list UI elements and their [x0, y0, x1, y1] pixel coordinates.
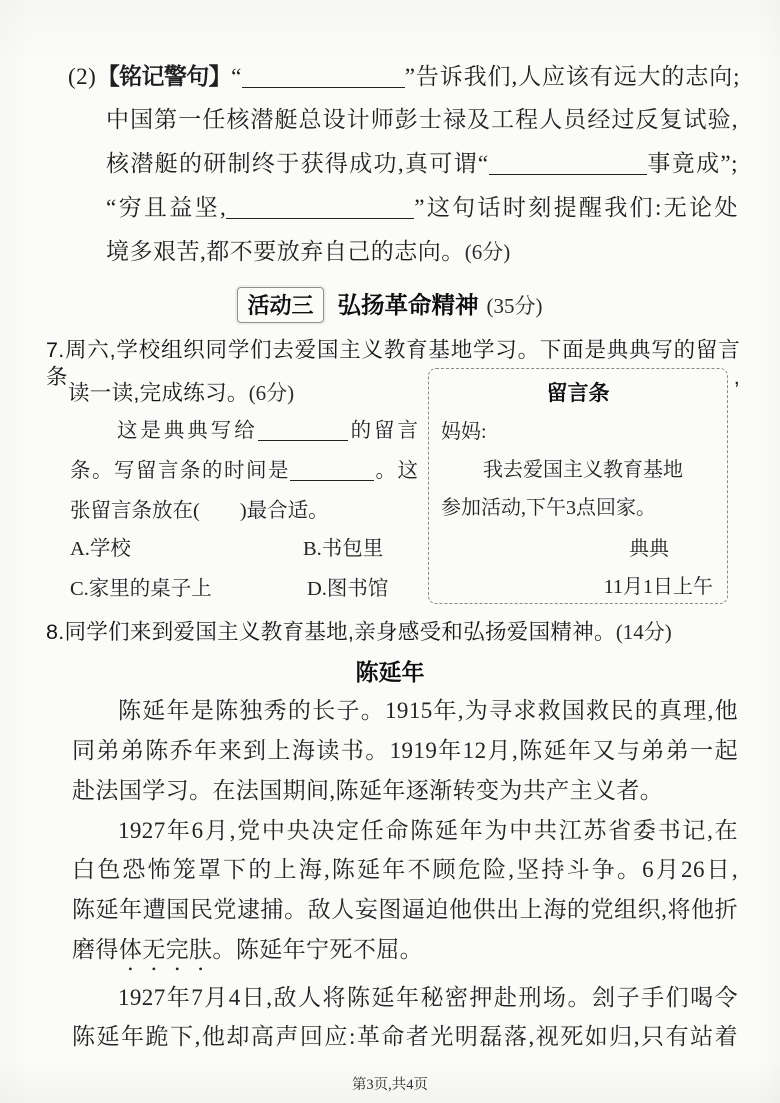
note-title: 留言条: [429, 377, 727, 407]
passage-p1-line3: 赴法国学习。在法国期间,陈延年逐渐转变为共产主义者。: [72, 777, 663, 805]
q2-line1: (2)【铭记警句】“”告诉我们,人应该有远大的志向;: [68, 62, 740, 91]
section3-header: 活动三 弘扬革命精神 (35分): [0, 286, 780, 323]
passage-p3-line1: 1927年7月4日,敌人将陈延年秘密押赴刑场。刽子手们喝令: [72, 984, 738, 1012]
q2-open-quote: “: [231, 64, 242, 89]
section3-title: 弘扬革命精神: [338, 292, 479, 318]
passage-p2-line4: 磨得体无完肤。陈延年宁死不屈。: [72, 936, 423, 976]
page-footer: 第3页,共4页: [0, 1073, 780, 1094]
note-body-line2: 参加活动,下午3点回家。: [441, 491, 656, 520]
note-date: 11月1日上午: [604, 570, 713, 599]
passage-p2-line3: 陈延年遭国民党逮捕。敌人妄图逼迫他供出上海的党组织,将他折: [72, 896, 738, 924]
q2-blank-1: [242, 84, 405, 88]
note-box: 留言条 妈妈: 我去爱国主义教育基地 参加活动,下午3点回家。 典典 11月1日…: [428, 368, 728, 604]
exam-page: (2)【铭记警句】“”告诉我们,人应该有远大的志向; 中国第一任核潜艇总设计师彭…: [0, 0, 780, 1103]
note-salutation: 妈妈:: [441, 415, 487, 444]
q2-line3: 核潜艇的研制终于获得成功,真可谓“事竟成”;: [106, 150, 738, 178]
q2-line4-pre: “穷且益坚,: [106, 195, 226, 220]
passage-p2-line4-pre: 磨得: [72, 937, 119, 962]
section3-badge: 活动三: [237, 287, 323, 323]
q7-stem-line2: 读一读,完成练习。(6分): [68, 380, 294, 407]
q7-option-d: D.图书馆: [307, 576, 388, 602]
q2-line4-post: ”这句话时刻提醒我们:无论处: [414, 195, 738, 220]
passage-emphasized-text: 体无完肤: [119, 937, 213, 962]
q2-line3-post: 事竟成”;: [647, 151, 738, 176]
q7-fill-line2-post: 。这: [374, 460, 418, 482]
q7-option-c: C.家里的桌子上: [70, 576, 212, 602]
section3-points: (35分): [487, 294, 543, 318]
q7-fill-line3: 张留言条放在()最合适。: [70, 498, 329, 524]
q7-fill-line2-pre: 条。写留言条的时间是: [70, 460, 290, 482]
q2-line4: “穷且益坚,”这句话时刻提醒我们:无论处: [106, 194, 738, 222]
q2-points: (6分): [465, 240, 511, 264]
q7-stem-line2-text: 读一读,完成练习。: [68, 381, 249, 405]
q7-fill-line3-post: )最合适。: [240, 500, 329, 522]
q2-tag: 【铭记警句】: [96, 63, 231, 89]
passage-p3-line2: 陈延年跪下,他却高声回应:革命者光明磊落,视死如归,只有站着: [72, 1023, 738, 1051]
passage-p2-line2: 白色恐怖笼罩下的上海,陈延年不顾危险,坚持斗争。6月26日,: [72, 856, 738, 884]
q2-blank-3: [226, 215, 414, 219]
note-body-line1: 我去爱国主义教育基地: [483, 453, 683, 482]
q7-option-a: A.学校: [70, 536, 131, 562]
q2-line5-text: 境多艰苦,都不要放弃自己的志向。: [106, 239, 465, 264]
q2-number: (2): [68, 64, 96, 89]
q7-fill-line2: 条。写留言条的时间是。这: [70, 458, 418, 484]
q7-fill-line3-pre: 张留言条放在(: [70, 500, 200, 522]
passage-p2-line4-post: 。陈延年宁死不屈。: [212, 937, 423, 962]
q8-stem: 8.同学们来到爱国主义教育基地,亲身感受和弘扬爱国精神。(14分): [46, 619, 672, 646]
q2-blank-2: [489, 171, 647, 175]
q2-line5: 境多艰苦,都不要放弃自己的志向。(6分): [106, 238, 510, 266]
passage-p1-line1: 陈延年是陈独秀的长子。1915年,为寻求救国救民的真理,他: [72, 697, 738, 725]
q7-fill-line1-pre: 这是典典写给: [114, 420, 258, 442]
q7-blank-2: [290, 477, 374, 481]
passage-p2-line1: 1927年6月,党中央决定任命陈延年为中共江苏省委书记,在: [72, 817, 738, 845]
note-signature: 典典: [629, 532, 669, 561]
q7-fill-line1-post: 的留言: [348, 420, 418, 442]
passage-p1-line2: 同弟弟陈乔年来到上海读书。1919年12月,陈延年又与弟弟一起: [72, 737, 738, 765]
q2-line1-rest: ”告诉我们,人应该有远大的志向;: [405, 64, 740, 89]
q7-blank-1: [258, 437, 348, 441]
q2-line2: 中国第一任核潜艇总设计师彭士禄及工程人员经过反复试验,: [106, 106, 738, 134]
q7-option-b: B.书包里: [303, 536, 383, 562]
q8-stem-text: 8.同学们来到爱国主义教育基地,亲身感受和弘扬爱国精神。: [46, 620, 616, 644]
passage-title: 陈延年: [0, 654, 780, 687]
q8-points: (14分): [616, 620, 672, 644]
q2-line3-pre: 核潜艇的研制终于获得成功,真可谓“: [106, 151, 489, 176]
q7-points: (6分): [249, 381, 295, 405]
q7-fill-line1: 这是典典写给的留言: [70, 418, 418, 444]
